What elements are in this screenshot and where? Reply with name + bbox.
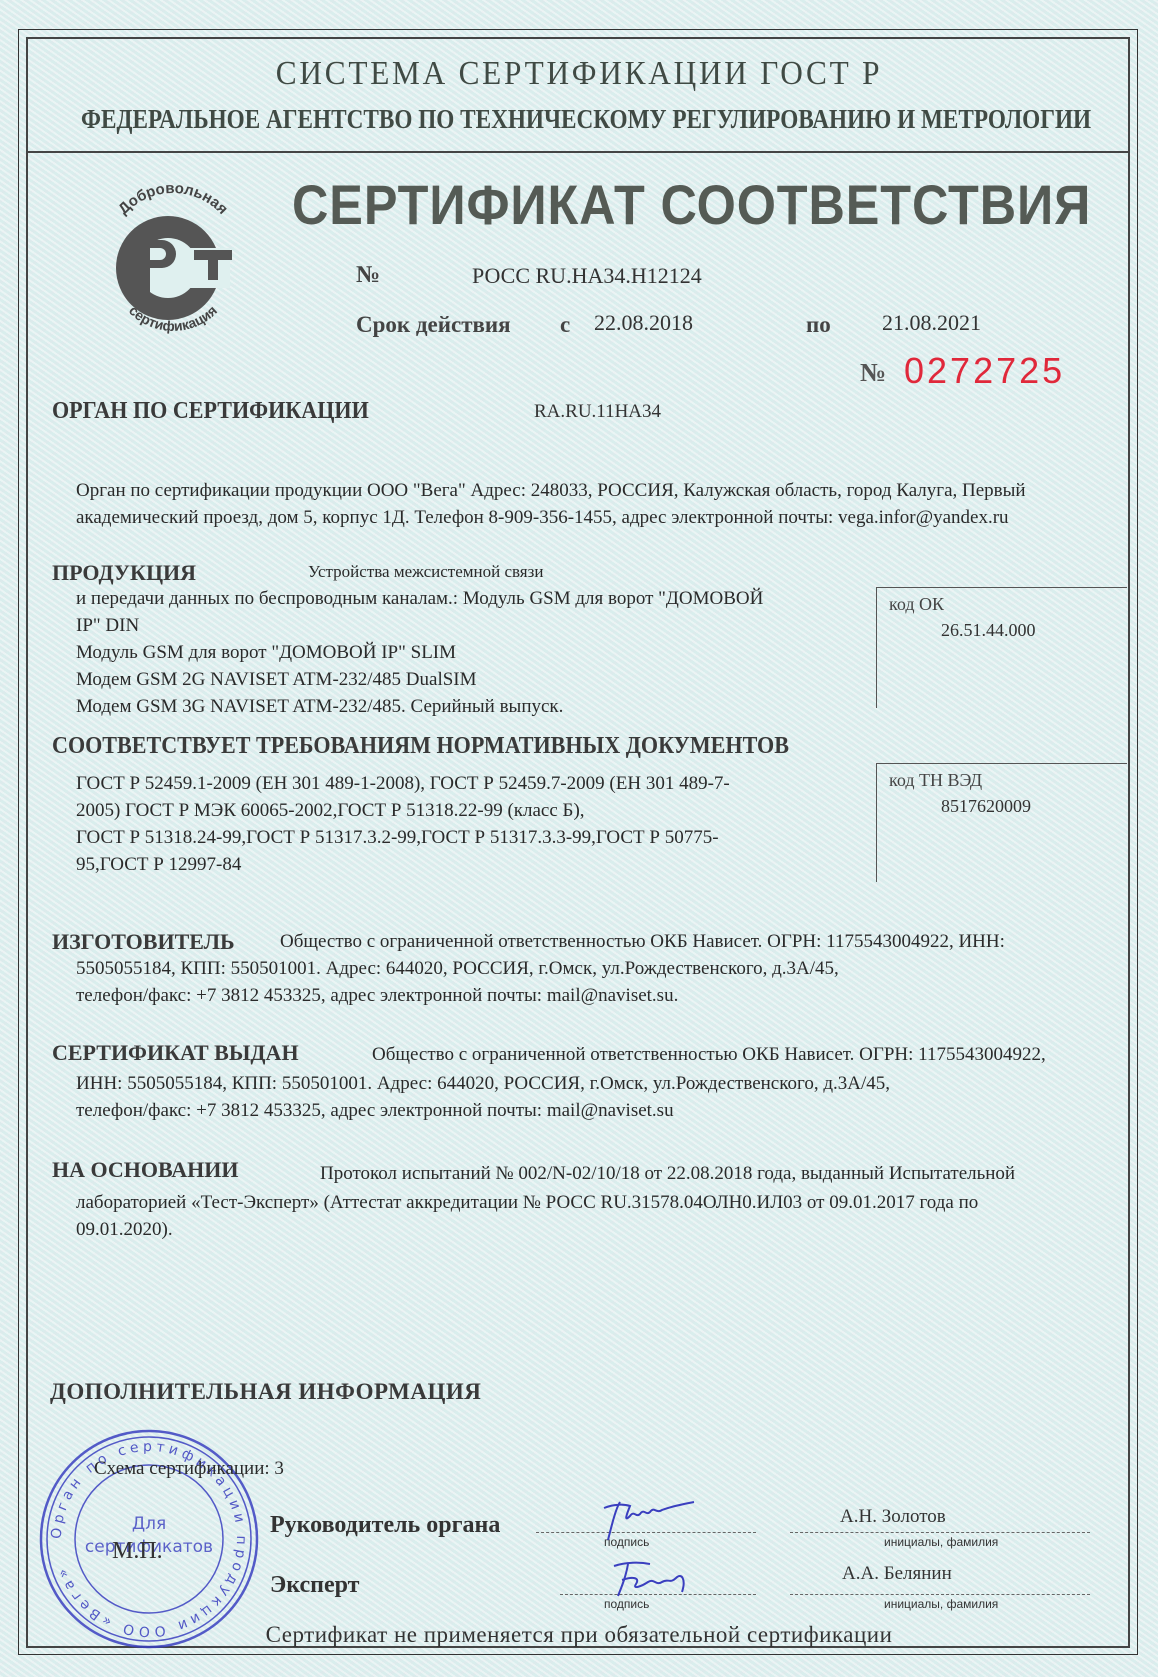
issued-to-details: ИНН: 5505055184, КПП: 550501001. Адрес: … (76, 1070, 890, 1124)
expert-label: Эксперт (270, 1572, 359, 1599)
issued-to-line: телефон/факс: +7 3812 453325, адрес элек… (76, 1097, 890, 1124)
product-list: и передачи данных по беспроводным канала… (76, 585, 876, 720)
svg-text:Для: Для (132, 1514, 166, 1534)
basis-line: Протокол испытаний № 002/N-02/10/18 от 2… (320, 1163, 1015, 1185)
ok-code-label: код ОК (889, 594, 944, 615)
head-name: А.Н. Золотов (840, 1506, 946, 1528)
manufacturer-line: телефон/факс: +7 3812 453325, адрес элек… (76, 982, 839, 1009)
expert-name-caption: инициалы, фамилия (884, 1597, 998, 1611)
organ-description: Орган по сертификации продукции ООО "Вег… (76, 477, 1126, 531)
product-intro: Устройства межсистемной связи (308, 562, 543, 582)
basis-line: 09.01.2020). (76, 1216, 978, 1243)
stamp-place-label: М.П. (112, 1538, 163, 1565)
header-divider (26, 151, 1130, 153)
date-to: 21.08.2021 (882, 310, 981, 336)
organ-heading: ОРГАН ПО СЕРТИФИКАЦИИ (52, 398, 369, 425)
requirement-line: ГОСТ Р 52459.1-2009 (ЕН 301 489-1-2008),… (76, 770, 856, 797)
to-label: по (806, 312, 831, 338)
tnved-code-box: код ТН ВЭД 8517620009 (876, 763, 1127, 882)
requirements-heading: СООТВЕТСТВУЕТ ТРЕБОВАНИЯМ НОРМАТИВНЫХ ДО… (52, 733, 789, 760)
issued-to-line: ИНН: 5505055184, КПП: 550501001. Адрес: … (76, 1070, 890, 1097)
manufacturer-line: 5505055184, КПП: 550501001. Адрес: 64402… (76, 955, 839, 982)
serial-number-label: № (860, 358, 886, 388)
manufacturer-details: 5505055184, КПП: 550501001. Адрес: 64402… (76, 955, 839, 1009)
basis-heading: НА ОСНОВАНИИ (52, 1157, 239, 1183)
ok-code-value: 26.51.44.000 (941, 620, 1036, 641)
manufacturer-line: Общество с ограниченной ответственностью… (280, 931, 1005, 953)
requirements-list: ГОСТ Р 52459.1-2009 (ЕН 301 489-1-2008),… (76, 770, 856, 878)
product-line: и передачи данных по беспроводным канала… (76, 585, 876, 612)
product-line: Модем GSM 2G NAVISET ATM-232/485 DualSIM (76, 666, 876, 693)
rst-logo-icon: Добровольная сертификация (98, 178, 248, 338)
footer-note: Сертификат не применяется при обязательн… (0, 1622, 1158, 1648)
expert-name: А.А. Белянин (842, 1563, 952, 1585)
date-from: 22.08.2018 (594, 310, 693, 336)
serial-number: 0272725 (904, 350, 1065, 392)
product-line: Модем GSM 3G NAVISET ATM-232/485. Серийн… (76, 693, 876, 720)
requirement-line: 95,ГОСТ Р 12997-84 (76, 851, 856, 878)
basis-line: лабораторией «Тест-Эксперт» (Аттестат ак… (76, 1189, 978, 1216)
head-of-organ-label: Руководитель органа (270, 1512, 500, 1539)
issued-to-line: Общество с ограниченной ответственностью… (372, 1044, 1046, 1066)
expert-name-line (790, 1594, 1090, 1595)
system-title: СИСТЕМА СЕРТИФИКАЦИИ ГОСТ Р (46, 55, 1111, 93)
ok-code-box: код ОК 26.51.44.000 (876, 587, 1127, 708)
certificate-title: СЕРТИФИКАТ СООТВЕТСТВИЯ (292, 172, 1091, 237)
issued-to-heading: СЕРТИФИКАТ ВЫДАН (52, 1040, 299, 1066)
certification-scheme: Схема сертификации: 3 (94, 1458, 284, 1480)
number-label: № (356, 262, 380, 289)
expert-signature-icon (606, 1556, 696, 1604)
agency-title: ФЕДЕРАЛЬНОЕ АГЕНТСТВО ПО ТЕХНИЧЕСКОМУ РЕ… (81, 104, 1077, 135)
tnved-code-label: код ТН ВЭД (889, 770, 982, 791)
basis-details: лабораторией «Тест-Эксперт» (Аттестат ак… (76, 1189, 978, 1243)
product-line: Модуль GSM для ворот "ДОМОВОЙ IP" SLIM (76, 639, 876, 666)
organ-code: RA.RU.11HA34 (534, 401, 661, 423)
tnved-code-value: 8517620009 (941, 796, 1031, 817)
head-name-line (790, 1532, 1090, 1533)
product-line: IP" DIN (76, 612, 876, 639)
head-name-caption: инициалы, фамилия (884, 1535, 998, 1549)
svg-text:Добровольная: Добровольная (115, 180, 231, 218)
validity-label: Срок действия (356, 312, 511, 338)
manufacturer-heading: ИЗГОТОВИТЕЛЬ (52, 929, 235, 955)
requirement-line: 2005) ГОСТ Р МЭК 60065-2002,ГОСТ Р 51318… (76, 797, 856, 824)
additional-info-heading: ДОПОЛНИТЕЛЬНАЯ ИНФОРМАЦИЯ (50, 1379, 481, 1405)
requirement-line: ГОСТ Р 51318.24-99,ГОСТ Р 51317.3.2-99,Г… (76, 824, 856, 851)
certificate-number: РОСС RU.HA34.H12124 (472, 263, 702, 289)
from-label: с (560, 312, 570, 338)
head-signature-icon (590, 1494, 700, 1546)
product-heading: ПРОДУКЦИЯ (52, 560, 196, 586)
